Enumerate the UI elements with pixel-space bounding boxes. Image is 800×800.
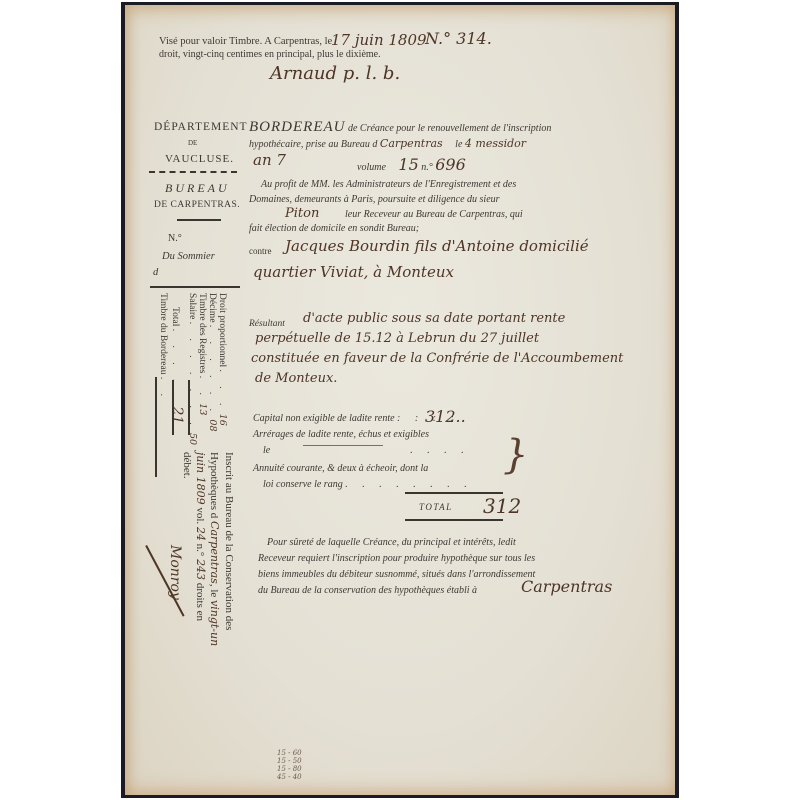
sommier-label: Du Sommier	[162, 251, 215, 262]
bordereau-line-1: BORDEREAU de Créance pour le renouvellem…	[249, 119, 551, 136]
surete-line-4: du Bureau de la conservation des hypothè…	[258, 585, 477, 596]
amount-arrerages-sub: le. . . .	[263, 445, 470, 456]
fee-sum-rule	[188, 380, 190, 435]
amount-arrerages-label: Arrérages de ladite rente, échus et exig…	[253, 429, 429, 440]
department-de: DE	[188, 139, 197, 147]
visa-line-2: droit, vingt-cinq centimes en principal,…	[159, 49, 381, 60]
surete-line-1: Pour sûreté de laquelle Créance, du prin…	[267, 537, 516, 548]
surete-line-3: biens immeubles du débiteur susnommé, si…	[258, 569, 535, 580]
contre-label: contre	[249, 246, 272, 256]
amount-annuite-label: Annuité courante, & deux à écheoir, dont…	[253, 463, 428, 474]
fee-droit: Droit proportionnel . . . 16	[217, 293, 228, 426]
fee-total-rule	[172, 380, 174, 435]
document-page: Visé pour valoir Timbre. A Carpentras, l…	[125, 5, 675, 795]
divider-fees	[150, 286, 240, 288]
inscription-line-4: débet.	[181, 452, 193, 479]
divider-short	[177, 219, 221, 221]
fee-margin-rule	[155, 377, 157, 477]
inscription-line-3: juin 1809 vol. 24 n.° 243 droits en	[194, 452, 207, 621]
resultant-line-2: perpétuelle de 15.12 à Lebrun du 27 juil…	[255, 331, 539, 346]
profit-line-2: Domaines, demeurants à Paris, poursuite …	[249, 194, 500, 205]
resultant-label: Résultant	[249, 319, 285, 329]
resultant-line-1: d'acte public sous sa date portant rente	[303, 311, 565, 326]
fee-timbre-registres: Timbre des Registres . . 13	[197, 293, 208, 415]
fee-timbre-bordereau: Timbre du Bordereau . .	[158, 293, 168, 402]
visa-date: 17 juin 1809	[331, 31, 427, 49]
margin-sums: 15 - 60 15 - 50 15 - 80 45 - 40	[277, 749, 302, 781]
resultant-line-3: constituée en faveur de la Confrérie de …	[251, 351, 623, 366]
divider-dashed	[149, 171, 237, 173]
profit-line-3: leur Receveur au Bureau de Carpentras, q…	[345, 209, 523, 220]
contre-debtor-line-2: quartier Viviat, à Monteux	[253, 263, 454, 281]
inscription-line-1: Inscrit au Bureau de la Conservation des	[223, 452, 235, 630]
inscription-line-2: Hypothèques d Carpentras, le vingt-un	[208, 452, 221, 646]
sommier-d: d	[153, 267, 158, 278]
bordereau-year: an 7	[253, 151, 286, 169]
surete-line-2: Receveur requiert l'inscription pour pro…	[258, 553, 535, 564]
total-value: 312	[483, 494, 521, 518]
bordereau-volume: volume 15 n.° 696	[357, 155, 466, 174]
amount-capital-value: 312..	[425, 407, 466, 426]
arrerages-underline	[303, 445, 383, 446]
amount-annuite-sub: loi conserve le rang . . . . . . . .	[263, 479, 473, 490]
visa-line-1: Visé pour valoir Timbre. A Carpentras, l…	[159, 36, 332, 47]
total-label: TOTAL	[419, 502, 453, 512]
contre-debtor-line-1: Jacques Bourdin fils d'Antoine domicilié	[285, 237, 589, 255]
sommier-number: N.°	[168, 233, 182, 244]
surete-place: Carpentras	[521, 577, 612, 596]
amounts-brace: }	[503, 435, 528, 475]
bordereau-line-2: hypothécaire, prise au Bureau d Carpentr…	[249, 137, 526, 150]
receveur-name: Piton	[285, 206, 319, 221]
department-name: VAUCLUSE.	[165, 153, 234, 165]
profit-line-1: Au profit de MM. les Administrateurs de …	[261, 179, 516, 190]
visa-number: N.° 314.	[425, 29, 492, 48]
resultant-line-4: de Monteux.	[255, 371, 337, 386]
bureau-label: BUREAU	[165, 181, 230, 196]
visa-signature: Arnaud p. l. b.	[270, 63, 400, 84]
total-rule-bottom	[405, 519, 503, 521]
fee-decime: Décime . . . . . . 08	[207, 293, 218, 432]
profit-line-4: fait élection de domicile en sondit Bure…	[249, 223, 419, 234]
bureau-name: DE CARPENTRAS.	[154, 200, 240, 210]
department-label: DÉPARTEMENT	[154, 121, 248, 133]
